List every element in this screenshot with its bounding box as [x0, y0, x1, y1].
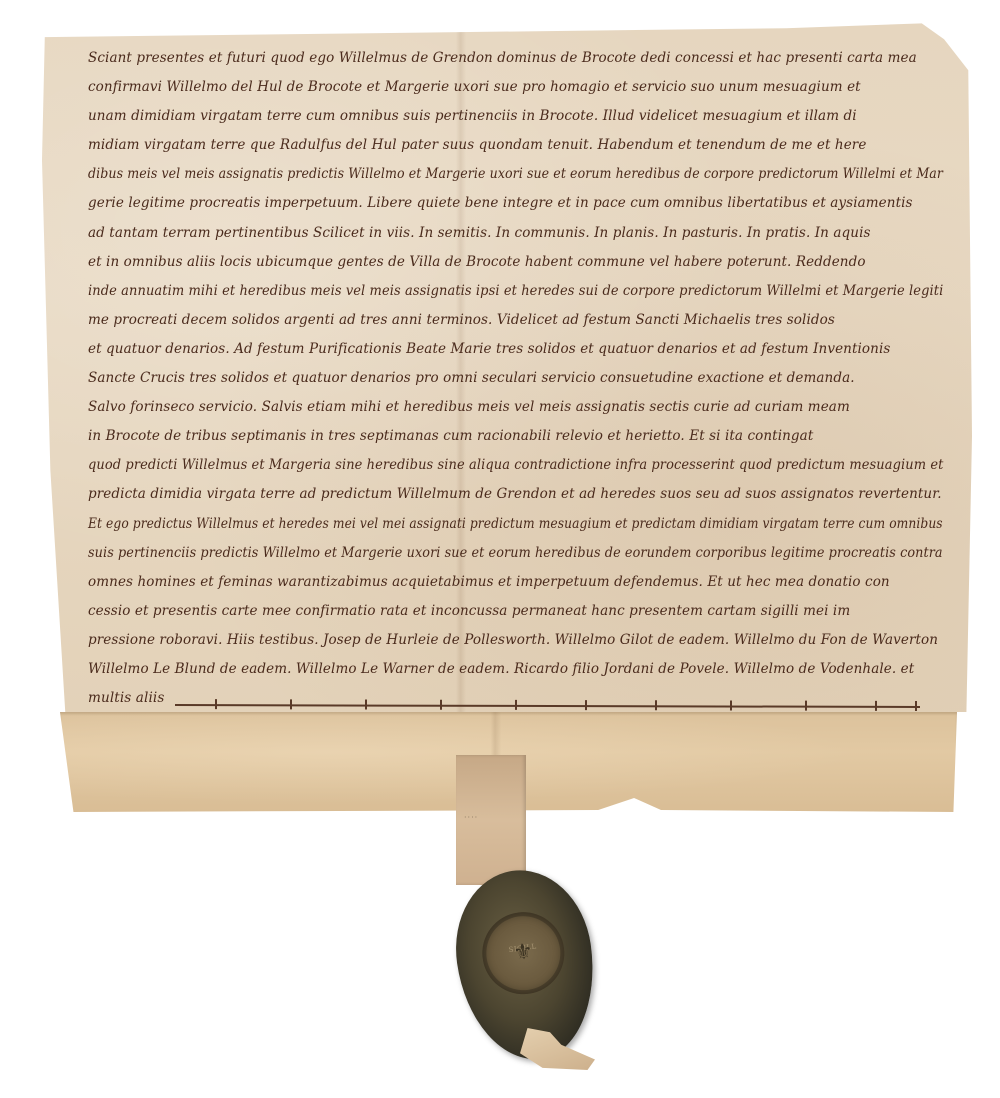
text-line-2: confirmavi Willelmo del Hul de Brocote e…: [88, 73, 943, 102]
text-line-18: suis pertinenciis predictis Willelmo et …: [88, 539, 898, 568]
text-line-10: me procreati decem solidos argenti ad tr…: [88, 306, 943, 335]
text-line-3: unam dimidiam virgatam terre cum omnibus…: [88, 102, 943, 131]
charter-text: Sciant presentes et futuri quod ego Will…: [88, 44, 948, 713]
text-line-8: et in omnibus aliis locis ubicumque gent…: [88, 248, 943, 277]
text-line-23: multis aliis: [88, 684, 178, 713]
text-line-20: cessio et presentis carte mee confirmati…: [88, 597, 943, 626]
heraldic-emblem-icon: ⚜: [510, 937, 536, 970]
seal-impression: SIGILL ⚜: [477, 907, 570, 1000]
text-line-16: predicta dimidia virgata terre ad predic…: [88, 480, 943, 509]
text-line-22: Willelmo Le Blund de eadem. Willelmo Le …: [88, 655, 943, 684]
text-line-13: Salvo forinseco servicio. Salvis etiam m…: [88, 393, 943, 422]
text-line-19: omnes homines et feminas warantizabimus …: [88, 568, 943, 597]
text-line-1: Sciant presentes et futuri quod ego Will…: [88, 44, 943, 73]
text-line-17: Et ego predictus Willelmus et heredes me…: [88, 510, 864, 539]
text-line-15: quod predicti Willelmus et Margeria sine…: [88, 451, 910, 480]
text-line-21: pressione roboravi. Hiis testibus. Josep…: [88, 626, 943, 655]
text-line-12: Sancte Crucis tres solidos et quatuor de…: [88, 364, 943, 393]
tag-mark: ····: [464, 813, 478, 822]
text-line-11: et quatuor denarios. Ad festum Purificat…: [88, 335, 943, 364]
text-line-9: inde annuatim mihi et heredibus meis vel…: [88, 277, 910, 306]
text-line-4: midiam virgatam terre que Radulfus del H…: [88, 131, 943, 160]
text-line-7: ad tantam terram pertinentibus Scilicet …: [88, 219, 943, 248]
text-line-5: dibus meis vel meis assignatis predictis…: [88, 160, 883, 189]
text-line-6: gerie legitime procreatis imperpetuum. L…: [88, 189, 943, 218]
text-line-14: in Brocote de tribus septimanis in tres …: [88, 422, 943, 451]
seal-tag: ····: [456, 755, 526, 885]
